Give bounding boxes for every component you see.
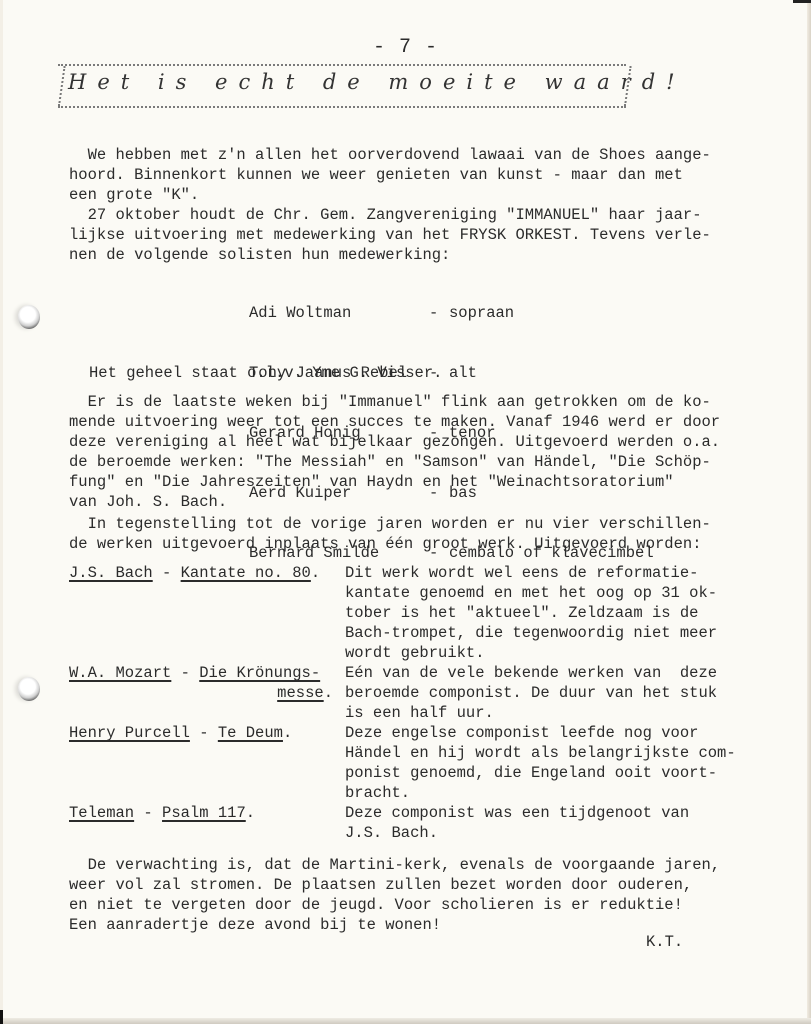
author-signature: K.T. <box>646 933 683 951</box>
page-edge-left <box>0 0 3 1024</box>
paragraph-works-intro: In tegenstelling tot de vorige jaren wor… <box>69 514 711 554</box>
conductor-line: Het geheel staat o.l.v. Yme G. Visser. <box>89 363 442 383</box>
scan-corner <box>0 1010 3 1024</box>
work-item: W.A. Mozart - Die Krönungs-messe.Eén van… <box>69 663 736 723</box>
piece-name: Kantate no. 80 <box>181 564 311 582</box>
soloist-voice: sopraan <box>449 303 514 323</box>
page-edge-right <box>807 0 811 1024</box>
work-description: Deze engelse componist leefde nog voor H… <box>345 723 736 803</box>
title-box: Het is echt de moeite waard! <box>58 64 626 108</box>
punch-hole-top <box>18 305 40 329</box>
work-description: Dit werk wordt wel eens de reformatie- k… <box>345 563 736 663</box>
works-list: J.S. Bach - Kantate no. 80.Dit werk word… <box>69 563 736 843</box>
work-title: W.A. Mozart - Die Krönungs-messe. <box>69 663 339 703</box>
soloist-voice: alt <box>449 363 477 383</box>
soloist-name: Adi Woltman <box>249 303 429 323</box>
piece-name: Te Deum <box>218 724 283 742</box>
piece-name: Die Krönungs- <box>199 664 320 682</box>
composer-name: J.S. Bach <box>69 564 153 582</box>
composer-name: Henry Purcell <box>69 724 190 742</box>
work-item: J.S. Bach - Kantate no. 80.Dit werk word… <box>69 563 736 663</box>
dash: - <box>429 303 449 323</box>
page-bottom-edge <box>0 1018 811 1024</box>
composer-name: Teleman <box>69 804 134 822</box>
punch-hole-bottom <box>18 677 40 701</box>
piece-name: Psalm 117 <box>162 804 246 822</box>
paragraph-intro: We hebben met z'n allen het oorverdovend… <box>69 145 711 265</box>
work-description: Eén van de vele bekende werken van deze … <box>345 663 736 723</box>
work-title: Henry Purcell - Te Deum. <box>69 723 339 743</box>
paragraph-closing: De verwachting is, dat de Martini-kerk, … <box>69 855 720 935</box>
soloist-row: Adi Woltman-sopraan <box>249 303 654 323</box>
page-number: - 7 - <box>0 36 811 59</box>
paragraph-history: Er is de laatste weken bij "Immanuel" fl… <box>69 392 720 512</box>
article-title: Het is echt de moeite waard! <box>68 70 628 94</box>
scan-corner-top <box>793 0 811 3</box>
work-description: Deze componist was een tijdgenoot van J.… <box>345 803 736 843</box>
work-item: Teleman - Psalm 117.Deze componist was e… <box>69 803 736 843</box>
work-item: Henry Purcell - Te Deum.Deze engelse com… <box>69 723 736 803</box>
work-title: J.S. Bach - Kantate no. 80. <box>69 563 339 583</box>
work-title: Teleman - Psalm 117. <box>69 803 339 823</box>
composer-name: W.A. Mozart <box>69 664 171 682</box>
